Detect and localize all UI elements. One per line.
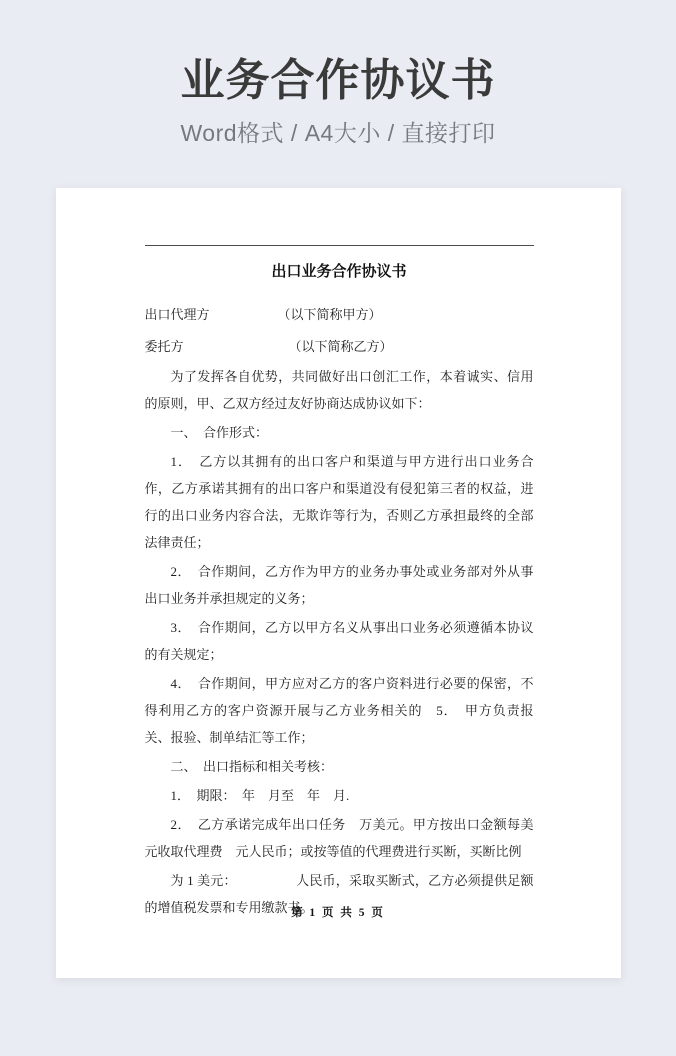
paragraph-section-2-heading: 二、 出口指标和相关考核：: [145, 753, 534, 780]
document-title: 出口业务合作协议书: [145, 262, 534, 283]
paragraph-item-1-2: 2． 合作期间，乙方作为甲方的业务办事处或业务部对外从事出口业务并承担规定的义务…: [145, 558, 534, 612]
paragraph-item-1-3: 3． 合作期间，乙方以甲方名义从事出口业务必须遵循本协议的有关规定；: [145, 614, 534, 668]
paragraph-preamble: 为了发挥各自优势，共同做好出口创汇工作，本着诚实、信用的原则，甲、乙双方经过友好…: [145, 363, 534, 417]
party-label-a: 出口代理方: [145, 299, 278, 331]
page-subtitle: Word格式 / A4大小 / 直接打印: [0, 119, 676, 147]
paragraph-item-1-1: 1． 乙方以其拥有的出口客户和渠道与甲方进行出口业务合作，乙方承诺其拥有的出口客…: [145, 448, 534, 556]
party-note-b: （以下简称乙方）: [289, 339, 393, 354]
paragraph-item-2-1: 1． 期限： 年 月至 年 月.: [145, 782, 534, 809]
party-note-a: （以下简称甲方）: [278, 307, 382, 322]
document-page: 出口业务合作协议书 出口代理方（以下简称甲方） 委托方（以下简称乙方） 为了发挥…: [56, 188, 621, 978]
page-title: 业务合作协议书: [0, 0, 676, 106]
party-row-a: 出口代理方（以下简称甲方）: [145, 299, 534, 331]
paragraph-section-1-heading: 一、 合作形式：: [145, 419, 534, 446]
party-row-b: 委托方（以下简称乙方）: [145, 331, 534, 363]
paragraph-item-1-4: 4． 合作期间，甲方应对乙方的客户资料进行必要的保密，不得利用乙方的客户资源开展…: [145, 670, 534, 751]
party-list: 出口代理方（以下简称甲方） 委托方（以下简称乙方）: [145, 299, 534, 363]
document-body: 出口业务合作协议书 出口代理方（以下简称甲方） 委托方（以下简称乙方） 为了发挥…: [56, 188, 621, 921]
header-rule: [145, 245, 534, 246]
paragraph-item-2-2: 2． 乙方承诺完成年出口任务 万美元。甲方按出口金额每美元收取代理费 元人民币；…: [145, 811, 534, 865]
site-header: 业务合作协议书 Word格式 / A4大小 / 直接打印: [0, 0, 676, 147]
party-label-b: 委托方: [145, 331, 289, 363]
page-number: 第 1 页 共 5 页: [56, 904, 621, 920]
preview-background: 业务合作协议书 Word格式 / A4大小 / 直接打印 出口业务合作协议书 出…: [0, 0, 676, 1056]
